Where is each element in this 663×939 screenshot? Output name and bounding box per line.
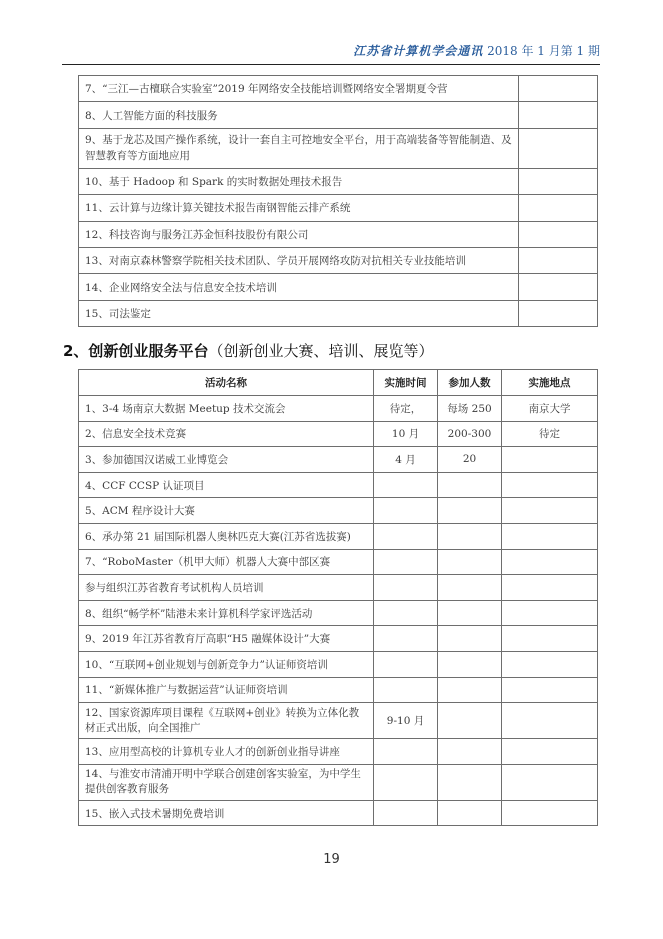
place-cell	[502, 575, 598, 601]
table-row: 4、CCF CCSP 认证项目	[79, 472, 598, 498]
note-cell	[519, 300, 598, 326]
table-row: 6、承办第 21 届国际机器人奥林匹克大赛(江苏省选拔赛)	[79, 523, 598, 549]
place-cell	[502, 549, 598, 575]
people-cell: 每场 250	[438, 396, 502, 422]
page-header: 江苏省计算机学会通讯 2018 年 1 月第 1 期	[62, 40, 600, 65]
table-row: 3、参加德国汉诺威工业博览会4 月20	[79, 447, 598, 473]
people-cell	[438, 739, 502, 765]
item-cell: 7、“三江—古檀联合实验室”2019 年网络安全技能培训暨网络安全署期夏令营	[79, 76, 519, 102]
table-row: 2、信息安全技术竞赛10 月200-300待定	[79, 421, 598, 447]
table-row: 15、司法鉴定	[79, 300, 598, 326]
activity-cell: 7、“RoboMaster（机甲大师）机器人大赛中部区赛	[79, 549, 374, 575]
table-row: 9、2019 年江苏省教育厅高职“H5 融媒体设计”大赛	[79, 626, 598, 652]
time-cell	[374, 498, 438, 524]
place-cell	[502, 498, 598, 524]
activity-cell: 13、应用型高校的计算机专业人才的创新创业指导讲座	[79, 739, 374, 765]
note-cell	[519, 76, 598, 102]
time-cell	[374, 523, 438, 549]
people-cell	[438, 600, 502, 626]
people-cell: 20	[438, 447, 502, 473]
item-cell: 8、人工智能方面的科技服务	[79, 102, 519, 128]
place-cell	[502, 651, 598, 677]
people-cell	[438, 575, 502, 601]
people-cell	[438, 651, 502, 677]
activity-cell: 11、“新媒体推广与数据运营”认证师资培训	[79, 677, 374, 703]
section-title: 2、创新创业服务平台	[63, 342, 208, 360]
place-cell	[502, 447, 598, 473]
activity-cell: 15、嵌入式技术暑期免费培训	[79, 800, 374, 826]
activity-cell: 8、组织“畅学杯”陆港未来计算机科学家评选活动	[79, 600, 374, 626]
people-cell	[438, 523, 502, 549]
place-cell	[502, 472, 598, 498]
time-cell	[374, 549, 438, 575]
activity-cell: 5、ACM 程序设计大赛	[79, 498, 374, 524]
place-cell	[502, 800, 598, 826]
page-number: 19	[0, 852, 663, 867]
innovation-activities-table: 活动名称 实施时间 参加人数 实施地点 1、3-4 场南京大数据 Meetup …	[78, 369, 598, 826]
table-row: 8、组织“畅学杯”陆港未来计算机科学家评选活动	[79, 600, 598, 626]
item-cell: 15、司法鉴定	[79, 300, 519, 326]
people-cell: 200-300	[438, 421, 502, 447]
header-time: 实施时间	[374, 370, 438, 396]
time-cell: 9-10 月	[374, 703, 438, 739]
item-cell: 9、基于龙芯及国产操作系统，设计一套自主可控地安全平台，用于高端装备等智能制造、…	[79, 128, 519, 168]
table-row: 1、3-4 场南京大数据 Meetup 技术交流会待定，每场 250南京大学	[79, 396, 598, 422]
table-row: 参与组织江苏省教育考试机构人员培训	[79, 575, 598, 601]
note-cell	[519, 102, 598, 128]
note-cell	[519, 247, 598, 273]
place-cell	[502, 703, 598, 739]
table-row: 13、对南京森林警察学院相关技术团队、学员开展网络攻防对抗相关专业技能培训	[79, 247, 598, 273]
people-cell	[438, 498, 502, 524]
table-row: 5、ACM 程序设计大赛	[79, 498, 598, 524]
time-cell	[374, 739, 438, 765]
people-cell	[438, 677, 502, 703]
time-cell	[374, 764, 438, 800]
table-row: 14、企业网络安全法与信息安全技术培训	[79, 274, 598, 300]
table-row: 7、“三江—古檀联合实验室”2019 年网络安全技能培训暨网络安全署期夏令营	[79, 76, 598, 102]
activity-cell: 2、信息安全技术竞赛	[79, 421, 374, 447]
item-cell: 11、云计算与边缘计算关键技术报告南钢智能云排产系统	[79, 195, 519, 221]
time-cell: 4 月	[374, 447, 438, 473]
activity-cell: 14、与淮安市清浦开明中学联合创建创客实验室，为中学生提供创客教育服务	[79, 764, 374, 800]
activity-cell: 9、2019 年江苏省教育厅高职“H5 融媒体设计”大赛	[79, 626, 374, 652]
table-row: 12、国家资源库项目课程《互联网+创业》转换为立体化教材正式出版，向全国推广9-…	[79, 703, 598, 739]
time-cell	[374, 800, 438, 826]
item-cell: 10、基于 Hadoop 和 Spark 的实时数据处理技术报告	[79, 168, 519, 194]
note-cell	[519, 221, 598, 247]
activity-cell: 6、承办第 21 届国际机器人奥林匹克大赛(江苏省选拔赛)	[79, 523, 374, 549]
place-cell	[502, 677, 598, 703]
place-cell	[502, 626, 598, 652]
table-row: 8、人工智能方面的科技服务	[79, 102, 598, 128]
table-row: 10、“互联网+创业规划与创新竞争力”认证师资培训	[79, 651, 598, 677]
place-cell	[502, 523, 598, 549]
header-location: 实施地点	[502, 370, 598, 396]
note-cell	[519, 274, 598, 300]
place-cell: 南京大学	[502, 396, 598, 422]
people-cell	[438, 472, 502, 498]
place-cell: 待定	[502, 421, 598, 447]
time-cell	[374, 472, 438, 498]
item-cell: 14、企业网络安全法与信息安全技术培训	[79, 274, 519, 300]
services-table-continued: 7、“三江—古檀联合实验室”2019 年网络安全技能培训暨网络安全署期夏令营 8…	[78, 75, 598, 327]
table-row: 9、基于龙芯及国产操作系统，设计一套自主可控地安全平台，用于高端装备等智能制造、…	[79, 128, 598, 168]
activity-cell: 12、国家资源库项目课程《互联网+创业》转换为立体化教材正式出版，向全国推广	[79, 703, 374, 739]
place-cell	[502, 600, 598, 626]
activity-cell: 1、3-4 场南京大数据 Meetup 技术交流会	[79, 396, 374, 422]
note-cell	[519, 128, 598, 168]
people-cell	[438, 800, 502, 826]
time-cell	[374, 651, 438, 677]
table-row: 11、“新媒体推广与数据运营”认证师资培训	[79, 677, 598, 703]
people-cell	[438, 626, 502, 652]
time-cell	[374, 600, 438, 626]
time-cell: 10 月	[374, 421, 438, 447]
people-cell	[438, 549, 502, 575]
note-cell	[519, 195, 598, 221]
time-cell	[374, 677, 438, 703]
table-row: 14、与淮安市清浦开明中学联合创建创客实验室，为中学生提供创客教育服务	[79, 764, 598, 800]
table-row: 10、基于 Hadoop 和 Spark 的实时数据处理技术报告	[79, 168, 598, 194]
publication-name: 江苏省计算机学会通讯	[353, 44, 483, 58]
issue-label: 2018 年 1 月第 1 期	[487, 44, 600, 58]
header-activity-name: 活动名称	[79, 370, 374, 396]
header-participants: 参加人数	[438, 370, 502, 396]
table-row: 7、“RoboMaster（机甲大师）机器人大赛中部区赛	[79, 549, 598, 575]
activity-cell: 3、参加德国汉诺威工业博览会	[79, 447, 374, 473]
activity-cell: 4、CCF CCSP 认证项目	[79, 472, 374, 498]
time-cell	[374, 626, 438, 652]
section-heading: 2、创新创业服务平台（创新创业大赛、培训、展览等）	[63, 340, 433, 361]
activity-cell: 参与组织江苏省教育考试机构人员培训	[79, 575, 374, 601]
section-subtitle: （创新创业大赛、培训、展览等）	[208, 342, 433, 360]
time-cell: 待定，	[374, 396, 438, 422]
table-row: 13、应用型高校的计算机专业人才的创新创业指导讲座	[79, 739, 598, 765]
table-row: 12、科技咨询与服务江苏金恒科技股份有限公司	[79, 221, 598, 247]
activity-cell: 10、“互联网+创业规划与创新竞争力”认证师资培训	[79, 651, 374, 677]
note-cell	[519, 168, 598, 194]
people-cell	[438, 764, 502, 800]
people-cell	[438, 703, 502, 739]
place-cell	[502, 764, 598, 800]
table-row: 15、嵌入式技术暑期免费培训	[79, 800, 598, 826]
time-cell	[374, 575, 438, 601]
table-row: 11、云计算与边缘计算关键技术报告南钢智能云排产系统	[79, 195, 598, 221]
item-cell: 13、对南京森林警察学院相关技术团队、学员开展网络攻防对抗相关专业技能培训	[79, 247, 519, 273]
item-cell: 12、科技咨询与服务江苏金恒科技股份有限公司	[79, 221, 519, 247]
table-header-row: 活动名称 实施时间 参加人数 实施地点	[79, 370, 598, 396]
place-cell	[502, 739, 598, 765]
